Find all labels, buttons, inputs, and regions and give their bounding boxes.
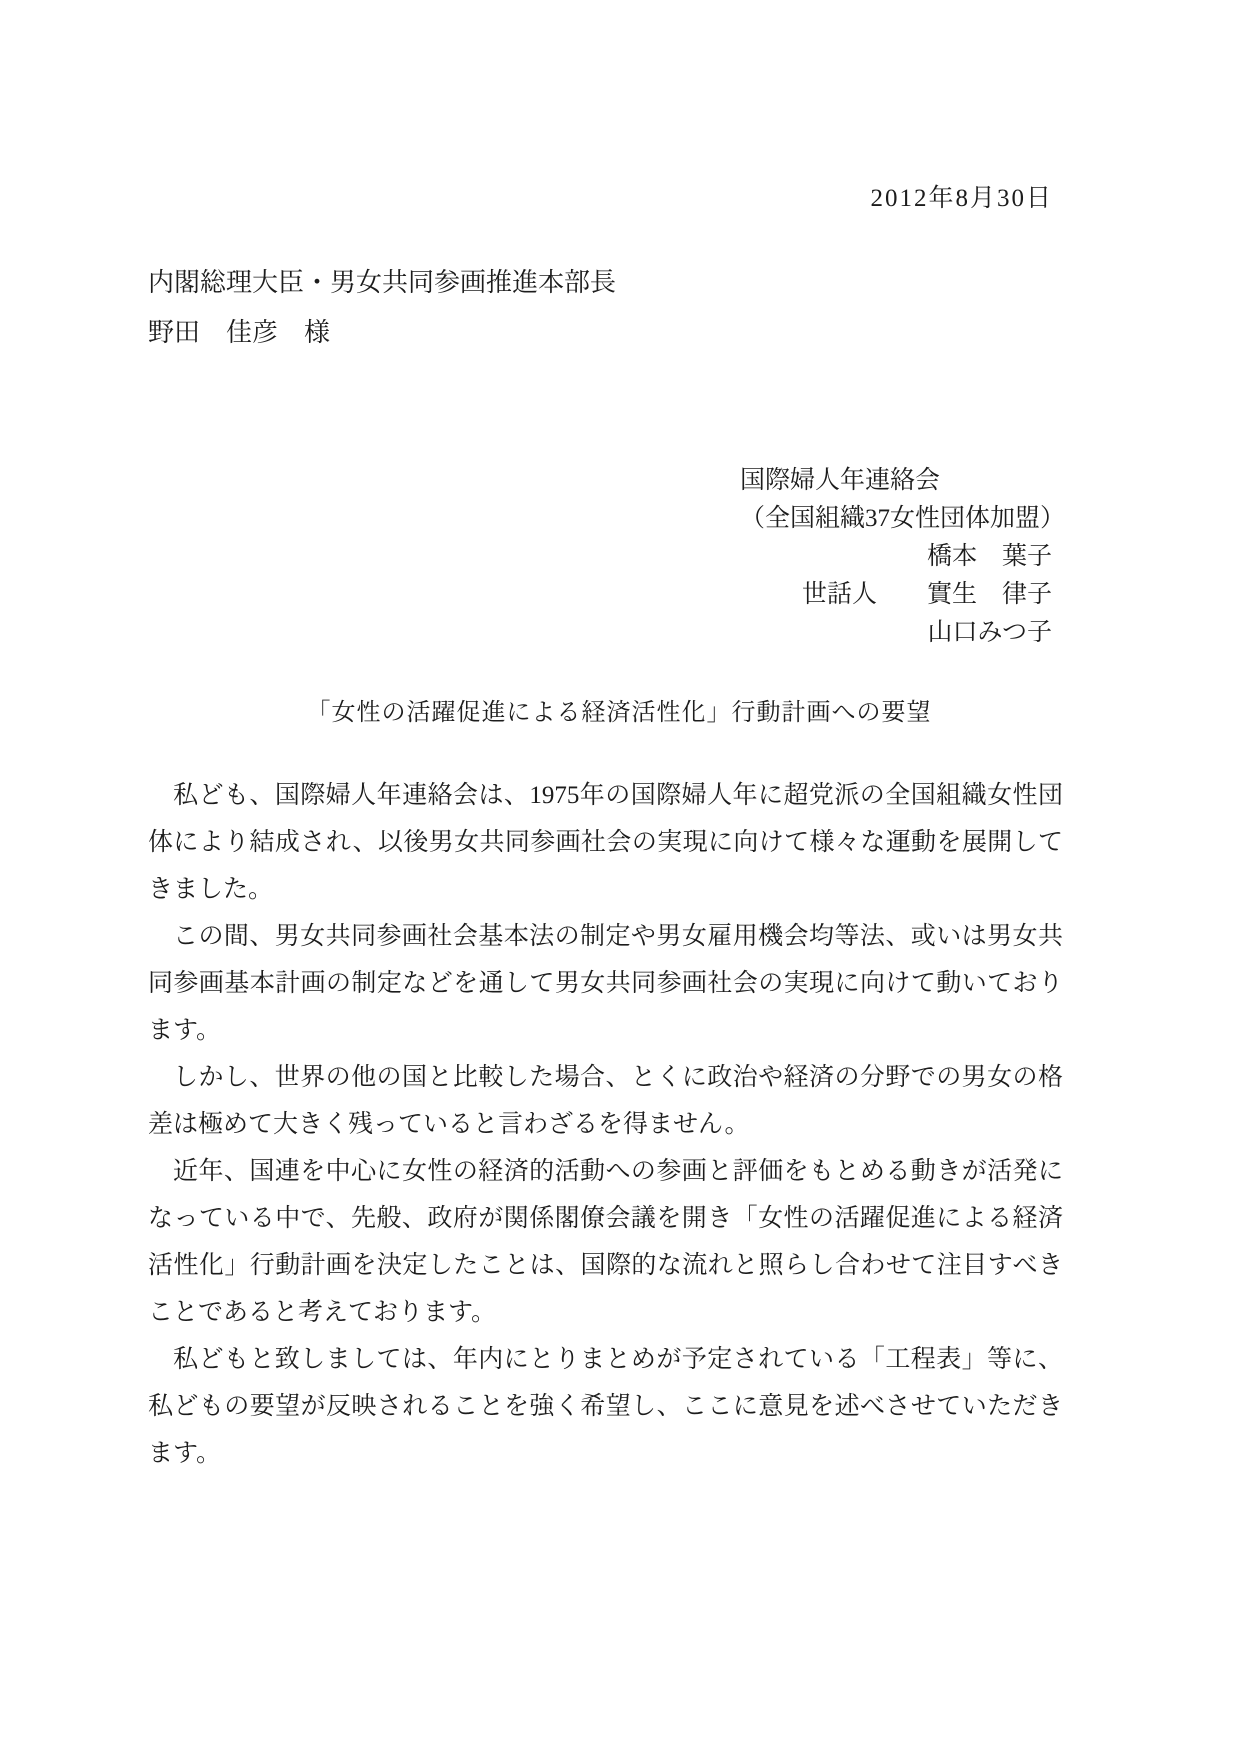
letter-body: 私ども、国際婦人年連絡会は、1975年の国際婦人年に超党派の全国組織女性団体によ… <box>148 772 1063 1477</box>
sender-member-2: 實生 律子 <box>927 576 1052 614</box>
paragraph-4: 近年、国連を中心に女性の経済的活動への参画と評価をもとめる動きが活発になっている… <box>148 1148 1063 1336</box>
recipient-title: 内閣総理大臣・男女共同参画推進本部長 <box>148 258 616 308</box>
paragraph-1: 私ども、国際婦人年連絡会は、1975年の国際婦人年に超党派の全国組織女性団体によ… <box>148 772 1063 913</box>
recipient-name: 野田 佳彦 様 <box>148 308 616 358</box>
sender-block: 国際婦人年連絡会 （全国組織37女性団体加盟） 橋本 葉子 世話人 實生 律子 … <box>740 462 1052 652</box>
letter-date: 2012年8月30日 <box>870 178 1053 214</box>
sender-affiliation: （全国組織37女性団体加盟） <box>740 500 1052 538</box>
letter-page: 2012年8月30日 内閣総理大臣・男女共同参画推進本部長 野田 佳彦 様 国際… <box>0 0 1240 1754</box>
sender-member-3: 山口みつ子 <box>740 614 1052 652</box>
recipient-block: 内閣総理大臣・男女共同参画推進本部長 野田 佳彦 様 <box>148 258 616 358</box>
paragraph-5: 私どもと致しましては、年内にとりまとめが予定されている「工程表」等に、私どもの要… <box>148 1336 1063 1477</box>
sender-role-line: 世話人 實生 律子 <box>740 576 1052 614</box>
sender-member-1: 橋本 葉子 <box>740 538 1052 576</box>
sender-organization: 国際婦人年連絡会 <box>740 462 1052 500</box>
paragraph-3: しかし、世界の他の国と比較した場合、とくに政治や経済の分野での男女の格差は極めて… <box>148 1054 1063 1148</box>
letter-subject: 「女性の活躍促進による経済活性化」行動計画への要望 <box>148 692 1090 727</box>
paragraph-2: この間、男女共同参画社会基本法の制定や男女雇用機会均等法、或いは男女共同参画基本… <box>148 913 1063 1054</box>
sender-role: 世話人 <box>802 576 877 614</box>
